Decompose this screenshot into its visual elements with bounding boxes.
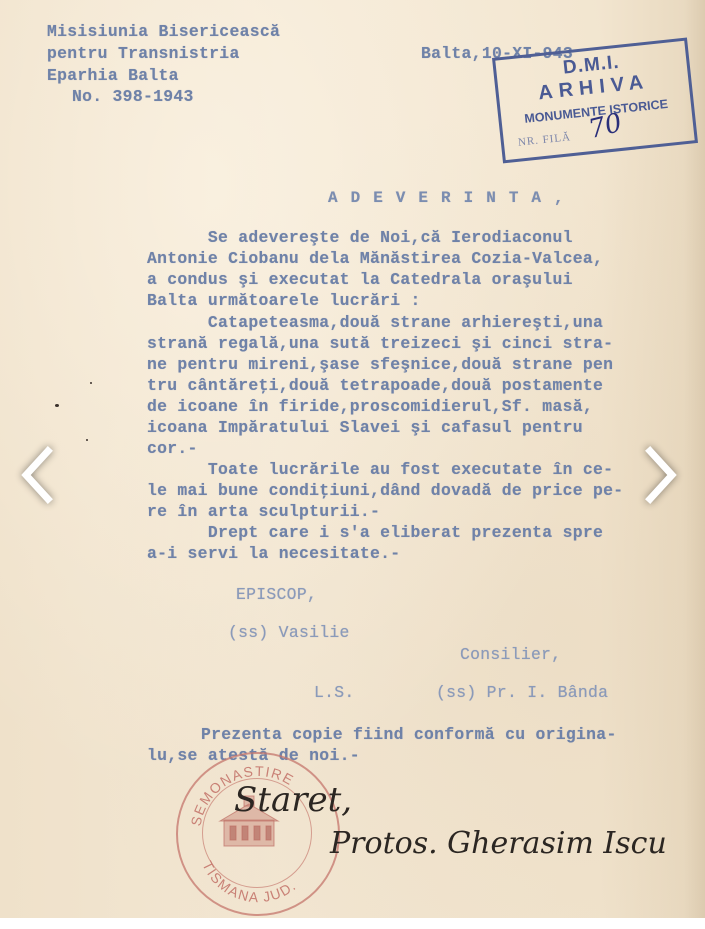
handwritten-title: Staret, xyxy=(234,780,352,820)
scanned-document-page: Misisiunia Bisericească pentru Transnist… xyxy=(0,0,705,918)
archive-stamp: D.M.I. ARHIVA MONUMENTE ISTORICE NR. FIL… xyxy=(492,38,698,164)
previous-image-button[interactable] xyxy=(8,440,64,510)
chevron-left-icon xyxy=(16,445,56,505)
counselor-title: Consilier, xyxy=(460,645,561,666)
next-image-button[interactable] xyxy=(634,440,690,510)
stamp-file-label: NR. FILĂ xyxy=(517,131,571,148)
body-line: Catapeteasma,două strane arhiereşti,una xyxy=(147,313,603,334)
body-line: icoana Impăratului Slavei şi cafasul pen… xyxy=(147,418,583,439)
body-line: a condus şi executat la Catedrala oraşul… xyxy=(147,270,573,291)
body-line: Se adevereşte de Noi,că Ierodiaconul xyxy=(147,228,573,249)
body-line: strană regală,una sută treizeci şi cinci… xyxy=(147,334,613,355)
body-line: Drept care i s'a eliberat prezenta spre xyxy=(147,523,603,544)
paper-speck xyxy=(55,404,59,407)
issuer-line-2: pentru Transnistria xyxy=(47,44,240,65)
bishop-name: (ss) Vasilie xyxy=(228,623,350,644)
paper-speck xyxy=(86,439,88,441)
body-line: de icoane în firide,proscomidierul,Sf. m… xyxy=(147,397,593,418)
certification-line-1: Prezenta copie fiind conformă cu origina… xyxy=(201,725,617,746)
body-line: Toate lucrările au fost executate în ce- xyxy=(147,460,613,481)
body-line: re în arta sculpturii.- xyxy=(147,502,380,523)
body-line: a-i servi la necesitate.- xyxy=(147,544,400,565)
bishop-title: EPISCOP, xyxy=(236,585,317,606)
svg-text:TISMANA JUD.: TISMANA JUD. xyxy=(199,858,299,905)
body-line: le mai bune condiţiuni,dând dovadă de pr… xyxy=(147,481,623,502)
seal-mark: L.S. xyxy=(314,683,355,704)
handwritten-signature: Protos. Gherasim Iscu xyxy=(330,826,667,861)
body-line: Antonie Ciobanu dela Mănăstirea Cozia-Va… xyxy=(147,249,603,270)
chevron-right-icon xyxy=(642,445,682,505)
issuer-line-3: Eparhia Balta xyxy=(47,66,179,87)
document-title: ADEVERINTA, xyxy=(328,188,577,209)
seal-ring-text: SEMONASTIRE TISMANA JUD. xyxy=(178,754,338,914)
body-line: Balta următoarele lucrări : xyxy=(147,291,421,312)
stamp-file-number: 70 xyxy=(586,108,625,145)
paper-speck xyxy=(90,382,92,384)
monastery-seal: SEMONASTIRE TISMANA JUD. xyxy=(176,752,340,916)
body-line: tru cântăreţi,două tetrapoade,două posta… xyxy=(147,376,603,397)
viewer-bottom-strip xyxy=(0,918,705,929)
seal-text-bottom: TISMANA JUD. xyxy=(199,858,299,905)
document-number: No. 398-1943 xyxy=(72,87,194,108)
body-line: cor.- xyxy=(147,439,198,460)
body-line: ne pentru mireni,şase sfeşnice,două stra… xyxy=(147,355,613,376)
counselor-name: (ss) Pr. I. Bânda xyxy=(436,683,608,704)
issuer-line-1: Misisiunia Bisericească xyxy=(47,22,280,43)
